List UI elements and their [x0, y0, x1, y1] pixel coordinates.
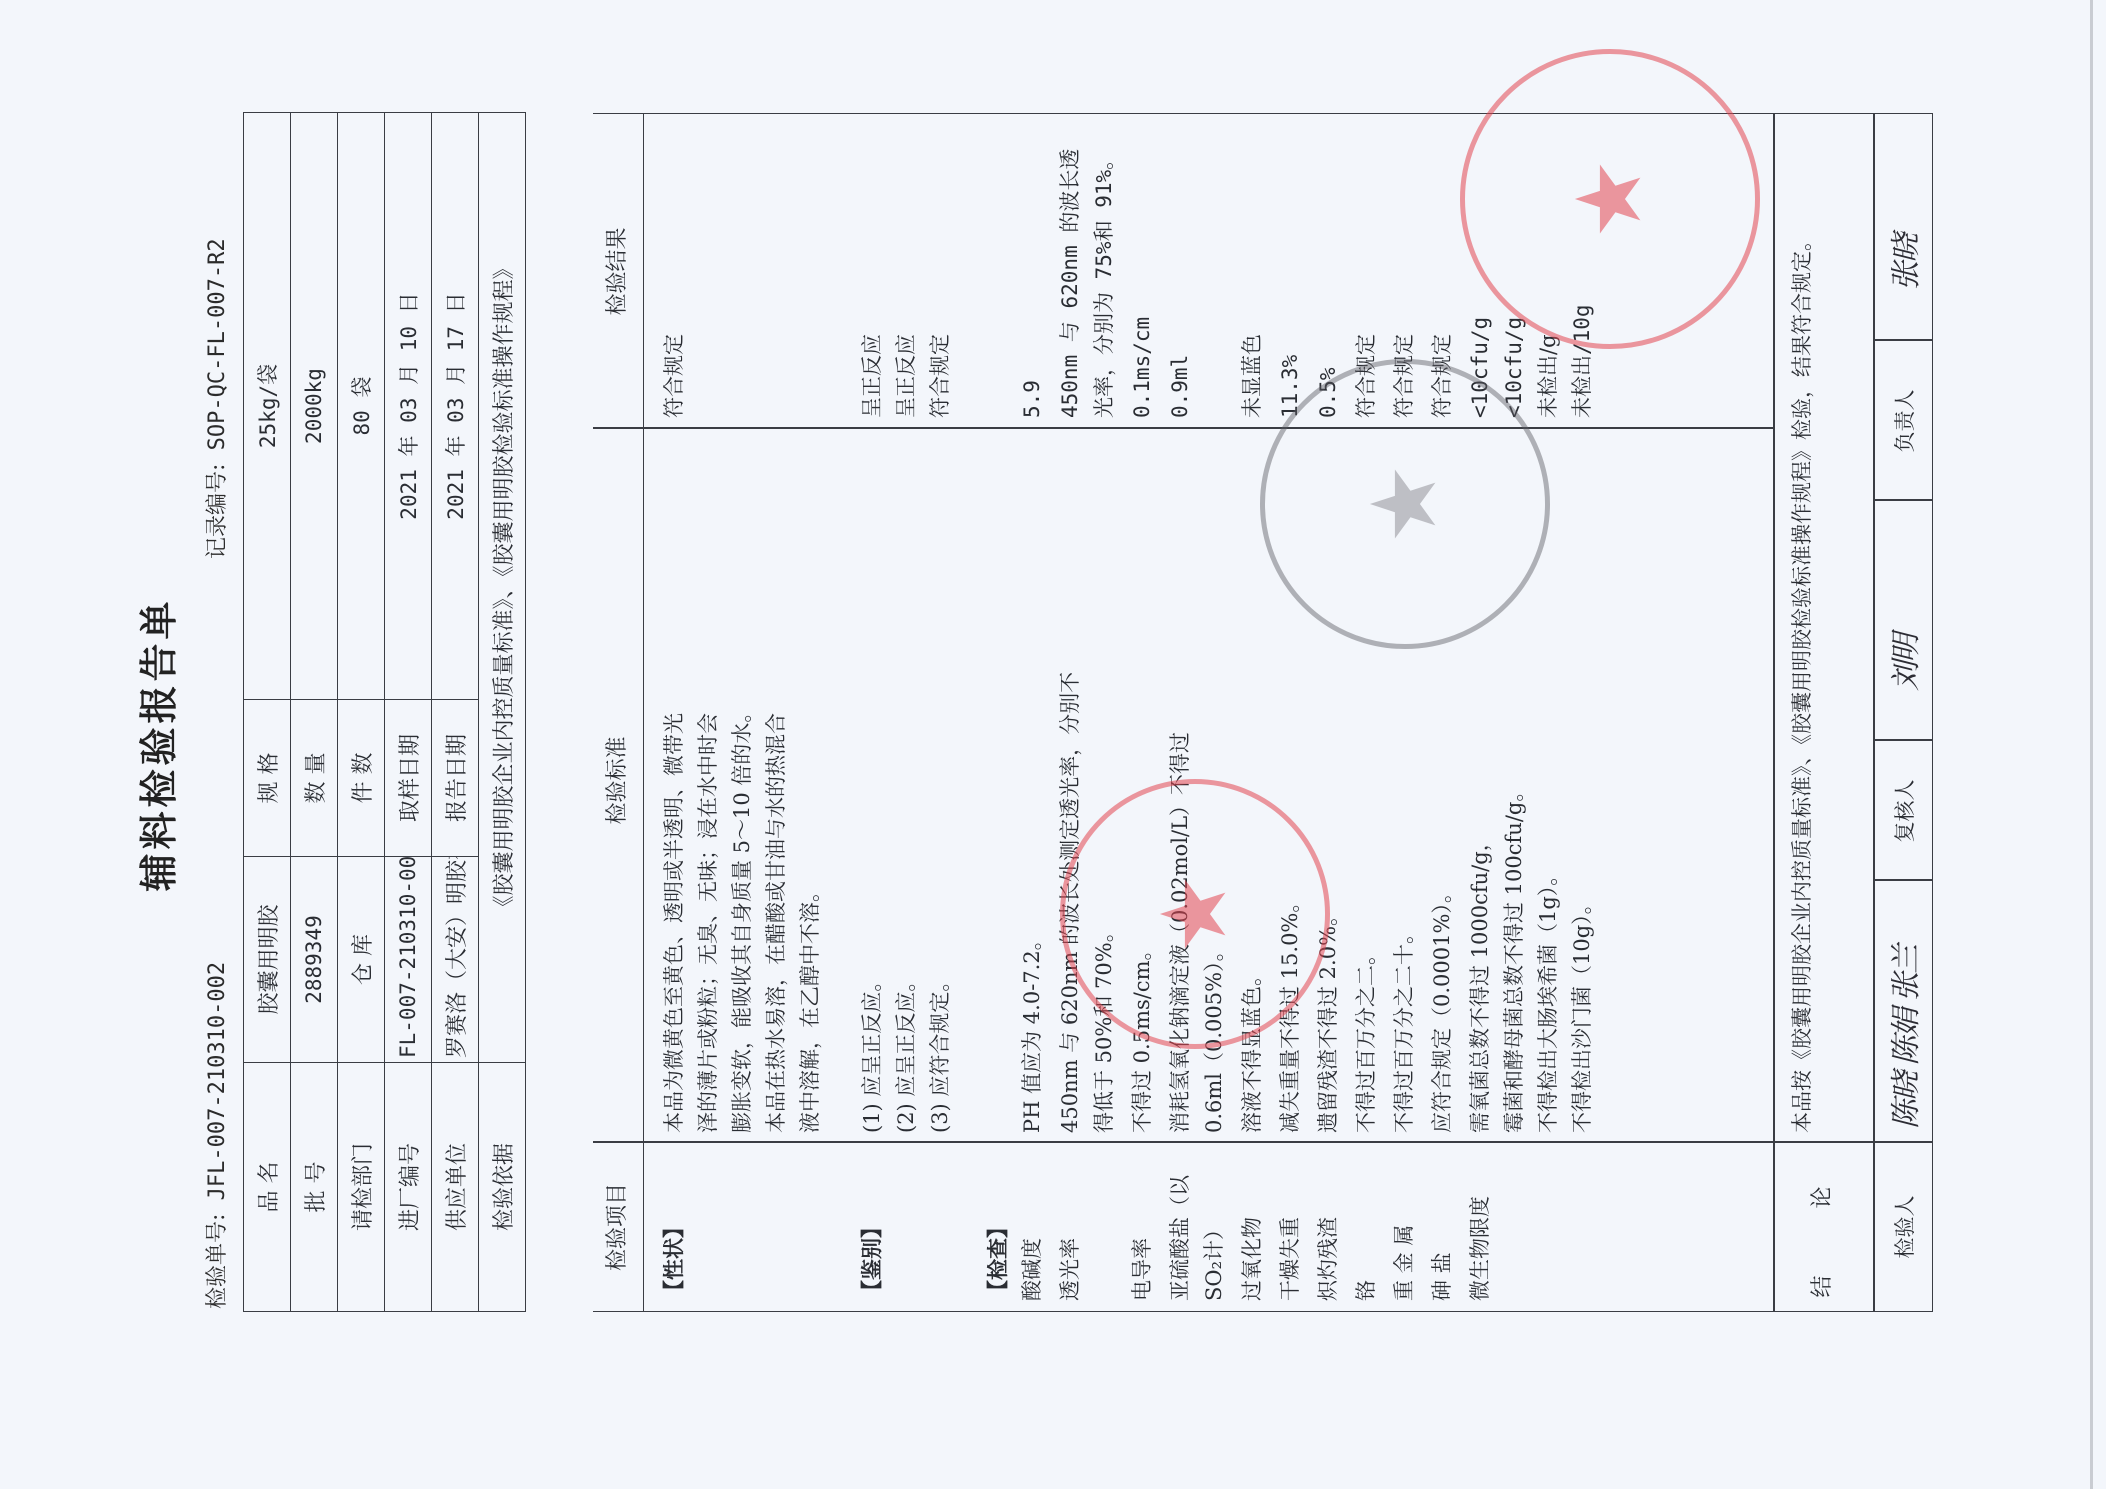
item-name: 电导率 — [1125, 1141, 1159, 1301]
result-line: 未检出/g — [1531, 118, 1565, 418]
record-number-label: 记录编号: — [205, 464, 230, 559]
manager-signature: 张晓 — [1881, 235, 1925, 291]
item-name: 亚硫酸盐（以 — [1163, 1141, 1197, 1301]
result-line: <10cfu/g — [1497, 118, 1531, 418]
column-header-result: 检验结果 — [593, 114, 644, 429]
result-line: 0.1ms/cm — [1125, 118, 1159, 418]
header-value: 胶囊用明胶 — [244, 857, 291, 1063]
item-name: 重 金 属 — [1387, 1141, 1421, 1301]
header-table: 品 名胶囊用明胶规 格25kg/袋批 号2889349数 量2000kg请检部门… — [243, 112, 526, 1312]
report-number-label: 检验单号: — [205, 1214, 230, 1309]
inspector-label: 检验人 — [1889, 1143, 1919, 1311]
item-name: 透光率 — [1053, 1141, 1087, 1301]
standard-line: 膨胀变软，能吸收其自身质量 5～10 倍的水。 — [725, 263, 759, 1133]
scan-edge-line — [2090, 0, 2093, 1489]
inspector-signature: 陈晓 陈娟 张兰 — [1881, 946, 1925, 1129]
header-label: 批 号 — [291, 1063, 338, 1312]
sig-divider-2 — [1873, 740, 1933, 742]
result-line: 11.3% — [1273, 118, 1307, 418]
report-number: 检验单号: JFL-007-210310-002 — [200, 962, 231, 1309]
standard-line: 液中溶解，在乙醇中不溶。 — [793, 263, 827, 1133]
result-line: 未显蓝色 — [1235, 118, 1269, 418]
header-value: 2000kg — [291, 113, 338, 700]
header-label: 报告日期 — [432, 700, 479, 857]
report-title: 辅料检验报告单 — [128, 0, 183, 1489]
result-line: 符合规定 — [1387, 118, 1421, 418]
section-heading: 【鉴别】 — [855, 1141, 889, 1301]
item-name: 微生物限度 — [1463, 1141, 1497, 1301]
section-heading: 【性状】 — [657, 1141, 691, 1301]
result-line: 0.9ml — [1163, 118, 1197, 418]
header-label: 供应单位 — [432, 1063, 479, 1312]
item-name: 过氧化物 — [1235, 1141, 1269, 1301]
record-number: 记录编号: SOP-QC-FL-007-R2 — [200, 238, 231, 559]
item-name: 干燥失重 — [1273, 1141, 1307, 1301]
header-label: 规 格 — [244, 700, 291, 857]
header-label: 进厂编号 — [385, 1063, 432, 1312]
header-value: FL-007-210310-002 — [385, 857, 432, 1063]
standard-line: 泽的薄片或粉粒；无臭、无味；浸在水中时会 — [691, 263, 725, 1133]
item-name: 砷 盐 — [1425, 1141, 1459, 1301]
header-value: 2021 年 03 月 17 日 — [432, 113, 479, 700]
sig-divider-4 — [1873, 340, 1933, 342]
conclusion-text: 本品按《胶囊用明胶企业内控质量标准》、《胶囊用明胶检验标准操作规程》检验，结果符… — [1781, 133, 1823, 1133]
item-name: 炽灼残渣 — [1311, 1141, 1345, 1301]
result-line: 呈正反应 — [855, 118, 889, 418]
result-line: <10cfu/g — [1463, 118, 1497, 418]
scanned-report-page: 辅料检验报告单 检验单号: JFL-007-210310-002 记录编号: S… — [0, 0, 2106, 1489]
standard-line: 本品在热水易溶，在醋酸或甘油与水的热混合 — [759, 263, 793, 1133]
column-header-item: 检验项目 — [593, 1142, 644, 1311]
standard-line: 0.6ml（0.005%）。 — [1197, 263, 1231, 1133]
header-row: 请检部门仓 库件 数80 袋 — [338, 113, 385, 1312]
header-value: 罗赛洛（大安）明胶有限公司 — [432, 857, 479, 1063]
header-label: 数 量 — [291, 700, 338, 857]
result-line: 0.5% — [1311, 118, 1345, 418]
header-value: 2021 年 03 月 10 日 — [385, 113, 432, 700]
divider-conclusion — [1773, 114, 1775, 1311]
header-row: 供应单位罗赛洛（大安）明胶有限公司报告日期2021 年 03 月 17 日 — [432, 113, 479, 1312]
header-value: 2889349 — [291, 857, 338, 1063]
header-label: 请检部门 — [338, 1063, 385, 1312]
basis-label: 检验依据 — [479, 1063, 526, 1312]
item-name: 酸碱度 — [1015, 1141, 1049, 1301]
result-line: 450nm 与 620nm 的波长透 — [1053, 118, 1087, 418]
result-line: 5.9 — [1015, 118, 1049, 418]
result-line: 符合规定 — [923, 118, 957, 418]
record-number-value: SOP-QC-FL-007-R2 — [205, 238, 230, 450]
header-row: 品 名胶囊用明胶规 格25kg/袋 — [244, 113, 291, 1312]
section-heading: 【检查】 — [981, 1141, 1015, 1301]
header-row: 批 号2889349数 量2000kg — [291, 113, 338, 1312]
basis-value: 《胶囊用明胶企业内控质量标准》、《胶囊用明胶检验标准操作规程》 — [479, 113, 526, 1063]
result-line: 光率，分别为 75%和 91%。 — [1087, 118, 1121, 418]
header-row: 进厂编号FL-007-210310-002取样日期2021 年 03 月 10 … — [385, 113, 432, 1312]
manager-label: 负责人 — [1889, 341, 1919, 501]
header-label: 取样日期 — [385, 700, 432, 857]
result-line: 未检出/10g — [1565, 118, 1599, 418]
item-name: 铬 — [1349, 1141, 1383, 1301]
result-line: 呈正反应 — [889, 118, 923, 418]
conclusion-label: 结 论 — [1805, 1143, 1836, 1311]
result-line: 符合规定 — [1349, 118, 1383, 418]
divider-signatures — [1873, 114, 1875, 1311]
header-label: 件 数 — [338, 700, 385, 857]
header-value: 仓 库 — [338, 857, 385, 1063]
header-value: 25kg/袋 — [244, 113, 291, 700]
inspection-body: 检验标准 检验项目 检验结果 【性状】本品为微黄色至黄色、透明或半透明、微带光泽… — [593, 113, 1933, 1312]
reviewer-label: 复核人 — [1889, 741, 1919, 881]
report-number-value: JFL-007-210310-002 — [205, 962, 230, 1200]
header-value: 80 袋 — [338, 113, 385, 700]
header-label: 品 名 — [244, 1063, 291, 1312]
reviewer-signature: 刘明 — [1881, 635, 1925, 691]
result-line: 符合规定 — [657, 118, 691, 418]
item-name-cont: SO₂计） — [1197, 1141, 1231, 1301]
result-line: 符合规定 — [1425, 118, 1459, 418]
